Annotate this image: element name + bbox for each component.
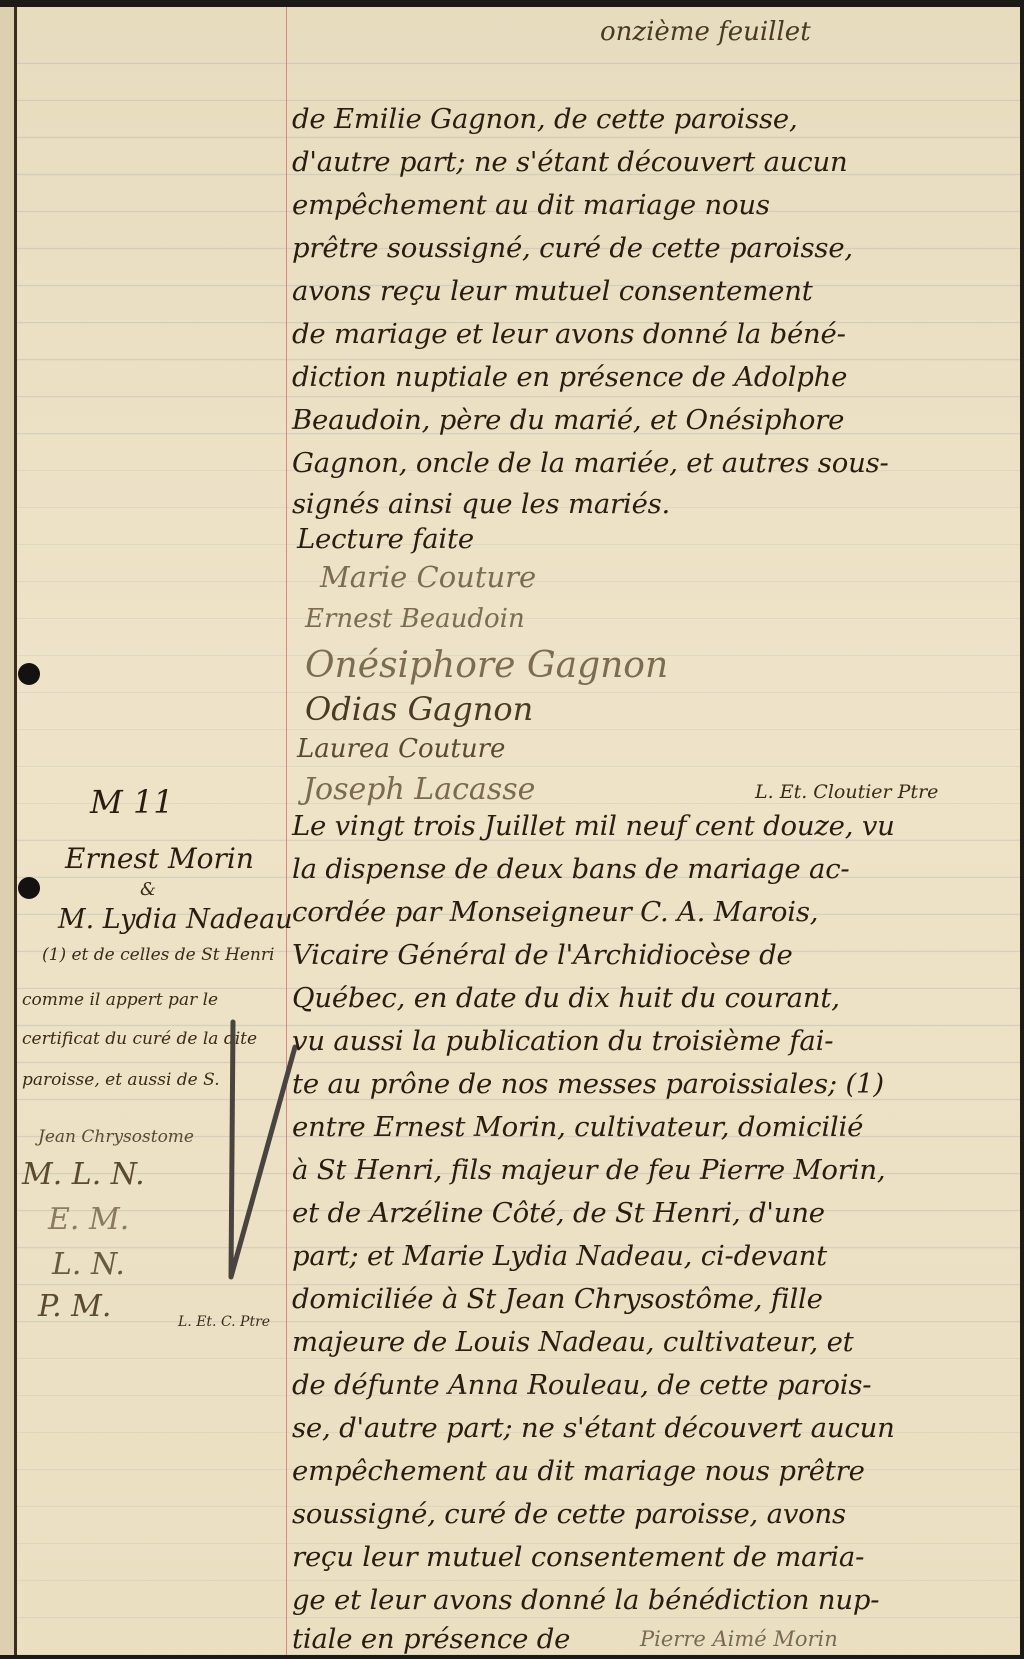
entry-line: reçu leur mutuel consentement de maria- (292, 1541, 864, 1573)
entry-line: signés ainsi que les mariés. (292, 488, 670, 520)
entry-line: domiciliée à St Jean Chrysostôme, fille (292, 1283, 823, 1315)
signature: Joseph Lacasse (303, 772, 535, 807)
punch-hole-icon (18, 877, 40, 899)
priest-signature: L. Et. Cloutier Ptre (755, 781, 938, 803)
entry-line: Québec, en date du dix huit du courant, (292, 982, 840, 1014)
entry-line: avons reçu leur mutuel consentement (292, 275, 813, 307)
initials: E. M. (48, 1202, 129, 1237)
register-page: onzième feuillet de Emilie Gagnon, de ce… (0, 7, 1020, 1655)
signature: Marie Couture (320, 560, 536, 594)
entry-line: et de Arzéline Côté, de St Henri, d'une (292, 1197, 825, 1229)
entry-line: Gagnon, oncle de la mariée, et autres so… (292, 447, 889, 479)
margin-note-line: (1) et de celles de St Henri (42, 945, 274, 965)
signature: Ernest Beaudoin (305, 604, 525, 634)
margin-note-line: comme il appert par le (22, 990, 218, 1010)
entry-line: se, d'autre part; ne s'étant découvert a… (292, 1412, 895, 1444)
entry-line: empêchement au dit mariage nous (292, 189, 770, 221)
entry-line: part; et Marie Lydia Nadeau, ci-devant (292, 1240, 827, 1272)
witness-name-faint: Pierre Aimé Morin (640, 1627, 838, 1651)
entry-line: cordée par Monseigneur C. A. Marois, (292, 896, 818, 928)
closing-phrase: Lecture faite (297, 523, 474, 555)
entry-line: vu aussi la publication du troisième fai… (292, 1025, 833, 1057)
record-number: M 11 (90, 783, 174, 821)
margin-note-line: certificat du curé de la dite (22, 1029, 257, 1049)
entry-line: d'autre part; ne s'étant découvert aucun (292, 146, 848, 178)
margin-rule (286, 7, 287, 1655)
entry-line: de défunte Anna Rouleau, de cette parois… (292, 1369, 871, 1401)
entry-line: tiale en présence de (292, 1623, 570, 1655)
punch-hole-icon (18, 663, 40, 685)
bride-name: M. Lydia Nadeau (58, 904, 293, 935)
entry-line: Le vingt trois Juillet mil neuf cent dou… (292, 810, 895, 842)
entry-line: prêtre soussigné, curé de cette paroisse… (292, 232, 853, 264)
priest-initials: L. Et. C. Ptre (178, 1314, 270, 1330)
margin-note-line: paroisse, et aussi de S. (22, 1070, 220, 1090)
entry-line: diction nuptiale en présence de Adolphe (292, 361, 847, 393)
entry-line: Vicaire Général de l'Archidiocèse de (292, 939, 793, 971)
entry-line: de mariage et leur avons donné la béné- (292, 318, 846, 350)
entry-line: Beaudoin, père du marié, et Onésiphore (292, 404, 844, 436)
binding-edge (0, 7, 15, 1655)
entry-line: empêchement au dit mariage nous prêtre (292, 1455, 865, 1487)
initials: L. N. (52, 1247, 125, 1282)
signature: Laurea Couture (297, 734, 505, 764)
ampersand: & (140, 879, 156, 900)
signature: Odias Gagnon (305, 690, 533, 728)
entry-line: à St Henri, fils majeur de feu Pierre Mo… (292, 1154, 885, 1186)
initials: M. L. N. (22, 1157, 145, 1192)
entry-line: soussigné, curé de cette paroisse, avons (292, 1498, 846, 1530)
groom-name: Ernest Morin (65, 842, 254, 875)
entry-line: te au prône de nos messes paroissiales; … (292, 1068, 884, 1100)
folio-note: onzième feuillet (600, 17, 811, 47)
entry-line: de Emilie Gagnon, de cette paroisse, (292, 103, 798, 135)
margin-note-line: Jean Chrysostome (38, 1127, 194, 1147)
initials: P. M. (38, 1289, 111, 1324)
entry-line: ge et leur avons donné la bénédiction nu… (292, 1584, 879, 1616)
entry-line: majeure de Louis Nadeau, cultivateur, et (292, 1326, 854, 1358)
entry-line: entre Ernest Morin, cultivateur, domicil… (292, 1111, 863, 1143)
entry-line: la dispense de deux bans de mariage ac- (292, 853, 850, 885)
signature: Onésiphore Gagnon (305, 645, 668, 686)
